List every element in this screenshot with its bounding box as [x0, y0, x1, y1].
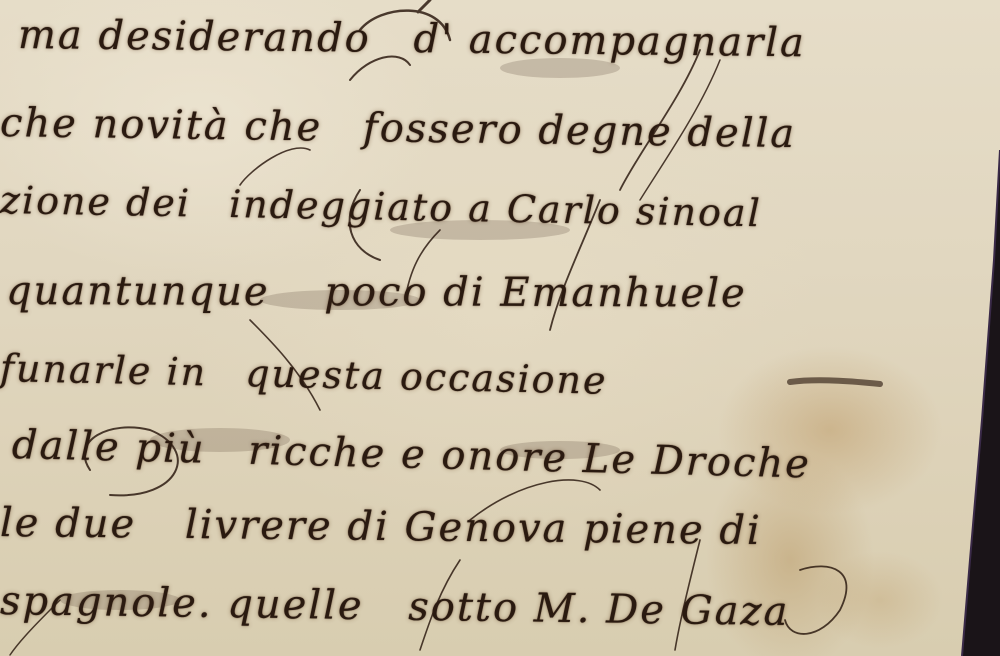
- text-line-1-left: ma desiderando: [18, 12, 371, 62]
- manuscript-page: ma desiderando d' accompagnarla che novi…: [0, 0, 1000, 656]
- ink-flourishes: [0, 0, 1000, 656]
- page-edge-shadow: [940, 0, 1000, 656]
- text-line-3-right: indeggiato a Carlo sinoal: [229, 182, 762, 235]
- text-line-7-left: le due: [0, 500, 136, 547]
- text-line-6-right: ricche e onore Le Droche: [248, 428, 812, 488]
- text-line-7: le due livrere di Genova piene di: [0, 500, 762, 554]
- text-line-1: ma desiderando d' accompagnarla: [18, 12, 806, 66]
- text-line-1-right: d' accompagnarla: [413, 16, 806, 66]
- text-line-2: che novità che fossero degne della: [0, 100, 797, 157]
- text-line-6: dalle più ricche e onore Le Droche: [11, 422, 811, 488]
- text-line-2-right: fossero degne della: [363, 105, 797, 157]
- text-line-2-left: che novità che: [0, 100, 323, 150]
- text-line-5: funarle in questa occasione: [0, 346, 608, 403]
- text-line-7-right: livrere di Genova piene di: [185, 502, 762, 554]
- text-line-4: quantunque poco di Emanhuele: [6, 268, 747, 317]
- text-line-5-right: questa occasione: [245, 351, 608, 403]
- text-line-3: zione dei indeggiato a Carlo sinoal: [0, 178, 762, 235]
- text-line-4-left: quantunque: [6, 268, 270, 315]
- text-line-8-right: sotto M. De Gaza: [408, 584, 790, 635]
- text-line-4-right: poco di Emanhuele: [324, 269, 747, 316]
- text-line-8-left: spagnole. quelle: [0, 578, 364, 629]
- text-line-5-left: funarle in: [0, 346, 208, 394]
- text-line-6-left: dalle più: [11, 422, 206, 473]
- text-line-8: spagnole. quelle sotto M. De Gaza: [0, 578, 790, 635]
- text-line-3-left: zione dei: [0, 178, 191, 225]
